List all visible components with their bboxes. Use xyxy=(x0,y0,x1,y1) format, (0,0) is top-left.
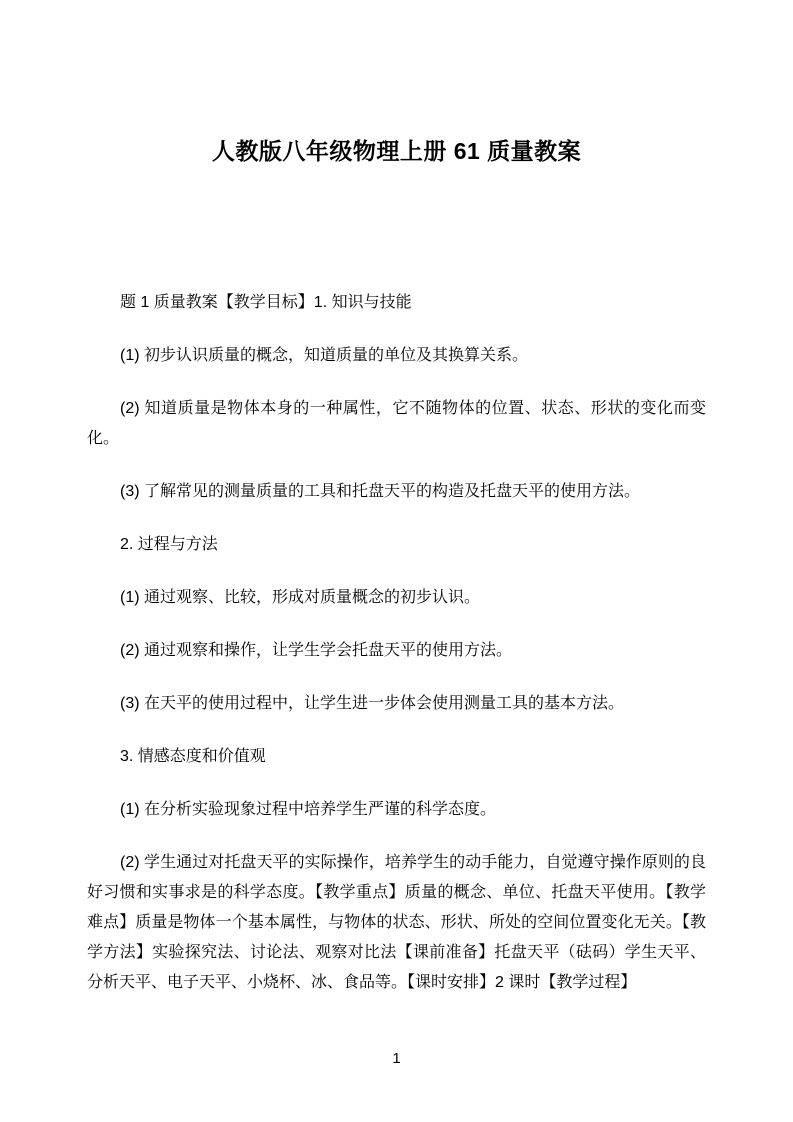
paragraph: (3) 在天平的使用过程中，让学生进一步体会使用测量工具的基本方法。 xyxy=(87,689,706,719)
paragraph: (2) 通过观察和操作，让学生学会托盘天平的使用方法。 xyxy=(87,636,706,666)
paragraph: 题 1 质量教案【教学目标】1. 知识与技能 xyxy=(87,288,706,318)
paragraph: 3. 情感态度和价值观 xyxy=(87,742,706,772)
paragraph: (2) 知道质量是物体本身的一种属性，它不随物体的位置、状态、形状的变化而变化。 xyxy=(87,394,706,454)
document-page: 人教版八年级物理上册 61 质量教案 题 1 质量教案【教学目标】1. 知识与技… xyxy=(0,0,793,1122)
document-body: 题 1 质量教案【教学目标】1. 知识与技能(1) 初步认识质量的概念，知道质量… xyxy=(87,288,706,1021)
paragraph: (3) 了解常见的测量质量的工具和托盘天平的构造及托盘天平的使用方法。 xyxy=(87,477,706,507)
paragraph: (1) 通过观察、比较，形成对质量概念的初步认识。 xyxy=(87,583,706,613)
page-number: 1 xyxy=(0,1048,793,1070)
paragraph: (1) 初步认识质量的概念，知道质量的单位及其换算关系。 xyxy=(87,341,706,371)
document-title: 人教版八年级物理上册 61 质量教案 xyxy=(0,134,793,168)
paragraph: (1) 在分析实验现象过程中培养学生严谨的科学态度。 xyxy=(87,795,706,825)
paragraph: (2) 学生通过对托盘天平的实际操作，培养学生的动手能力，自觉遵守操作原则的良好… xyxy=(87,848,706,998)
paragraph: 2. 过程与方法 xyxy=(87,530,706,560)
